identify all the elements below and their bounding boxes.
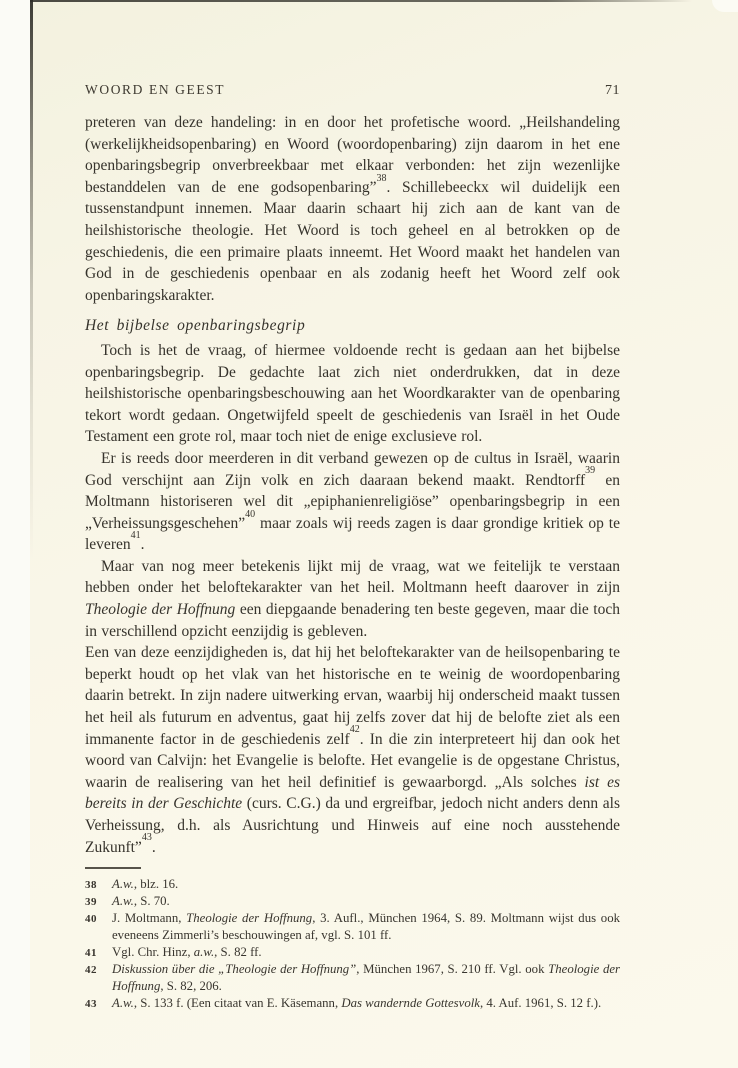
footnote: 40J. Moltmann, Theologie der Hoffnung, 3… xyxy=(85,910,620,944)
page-content: WOORD EN GEEST 71 preteren van deze hand… xyxy=(85,82,620,1012)
footnote-text: Diskussion über die „Theologie der Hoffn… xyxy=(112,962,620,993)
footnote-number: 39 xyxy=(85,894,97,911)
footnote-number: 40 xyxy=(85,911,97,928)
page-top-edge-shadow xyxy=(30,0,692,2)
page-surface: WOORD EN GEEST 71 preteren van deze hand… xyxy=(30,0,738,1068)
italic-text: A.w. xyxy=(112,894,134,908)
body-text: preteren van deze handeling: in en door … xyxy=(85,112,620,858)
text-run: , München 1967, S. 210 ff. Vgl. ook xyxy=(356,962,548,976)
text-run: Er is reeds door meerderen in dit verban… xyxy=(85,450,620,489)
text-run: , blz. 16. xyxy=(134,877,178,891)
text-run: . Schillebeeckx wil duidelijk een tussen… xyxy=(85,179,620,304)
scanned-book-page: WOORD EN GEEST 71 preteren van deze hand… xyxy=(0,0,738,1068)
text-run: . xyxy=(152,839,156,856)
body-paragraph: Toch is het de vraag, of hiermee voldoen… xyxy=(85,340,620,448)
text-run: , S. 70. xyxy=(134,894,170,908)
footnote-text: Vgl. Chr. Hinz, a.w., S. 82 ff. xyxy=(112,945,262,959)
text-run: , S. 133 f. (Een citaat van E. Käsemann, xyxy=(134,996,342,1010)
page-left-edge-shadow xyxy=(30,0,33,560)
italic-text: A.w. xyxy=(112,996,134,1010)
italic-text: A.w. xyxy=(112,877,134,891)
text-run: Toch is het de vraag, of hiermee voldoen… xyxy=(85,342,620,445)
body-paragraph: preteren van deze handeling: in en door … xyxy=(85,112,620,306)
body-paragraph: Er is reeds door meerderen in dit verban… xyxy=(85,448,620,556)
footnote-number: 41 xyxy=(85,945,97,962)
text-run: , S. 82 ff. xyxy=(214,945,261,959)
footnote-number: 38 xyxy=(85,877,97,894)
footnote: 42Diskussion über die „Theologie der Hof… xyxy=(85,961,620,995)
page-corner-highlight xyxy=(712,0,738,12)
footnotes-section: 38A.w., blz. 16.39A.w., S. 70.40J. Moltm… xyxy=(85,876,620,1012)
footnote-number: 43 xyxy=(85,996,97,1013)
footnote-reference: 43 xyxy=(142,832,152,843)
footnote-text: A.w., S. 133 f. (Een citaat van E. Käsem… xyxy=(112,996,601,1010)
footnote-reference: 40 xyxy=(245,509,255,520)
footnote: 41Vgl. Chr. Hinz, a.w., S. 82 ff. xyxy=(85,944,620,961)
body-paragraph: Een van deze eenzijdigheden is, dat hij … xyxy=(85,642,620,858)
footnote-reference: 42 xyxy=(350,724,360,735)
footnote-reference: 41 xyxy=(131,530,141,541)
footnote-reference: 39 xyxy=(585,465,595,476)
running-header-title: WOORD EN GEEST xyxy=(85,82,225,98)
footnote: 43A.w., S. 133 f. (Een citaat van E. Käs… xyxy=(85,995,620,1012)
italic-text: Diskussion über die „Theologie der Hoffn… xyxy=(112,962,356,976)
footnote-text: J. Moltmann, Theologie der Hoffnung, 3. … xyxy=(112,911,620,942)
text-run: Vgl. Chr. Hinz, xyxy=(112,945,194,959)
italic-text: a.w. xyxy=(194,945,214,959)
page-number: 71 xyxy=(605,83,620,99)
italic-text: Theologie der Hoffnung xyxy=(85,601,235,618)
text-run: , S. 82, 206. xyxy=(160,979,222,993)
body-paragraph: Maar van nog meer betekenis lijkt mij de… xyxy=(85,556,620,642)
footnote-text: A.w., S. 70. xyxy=(112,894,170,908)
italic-text: Theologie der Hoffnung xyxy=(186,911,312,925)
running-header: WOORD EN GEEST 71 xyxy=(85,82,620,99)
italic-text: Het bijbelse openbaringsbegrip xyxy=(85,317,305,334)
text-run: , 4. Auf. 1961, S. 12 f.). xyxy=(480,996,601,1010)
text-run: . xyxy=(141,536,145,553)
footnote-number: 42 xyxy=(85,962,97,979)
text-run: Maar van nog meer betekenis lijkt mij de… xyxy=(85,558,620,597)
footnote: 38A.w., blz. 16. xyxy=(85,876,620,893)
section-heading: Het bijbelse openbaringsbegrip xyxy=(85,315,620,337)
text-run: J. Moltmann, xyxy=(112,911,186,925)
footnote-separator xyxy=(85,867,141,869)
footnote-reference: 38 xyxy=(377,173,387,184)
footnote-text: A.w., blz. 16. xyxy=(112,877,178,891)
italic-text: Das wandernde Gottesvolk xyxy=(341,996,480,1010)
footnote: 39A.w., S. 70. xyxy=(85,893,620,910)
